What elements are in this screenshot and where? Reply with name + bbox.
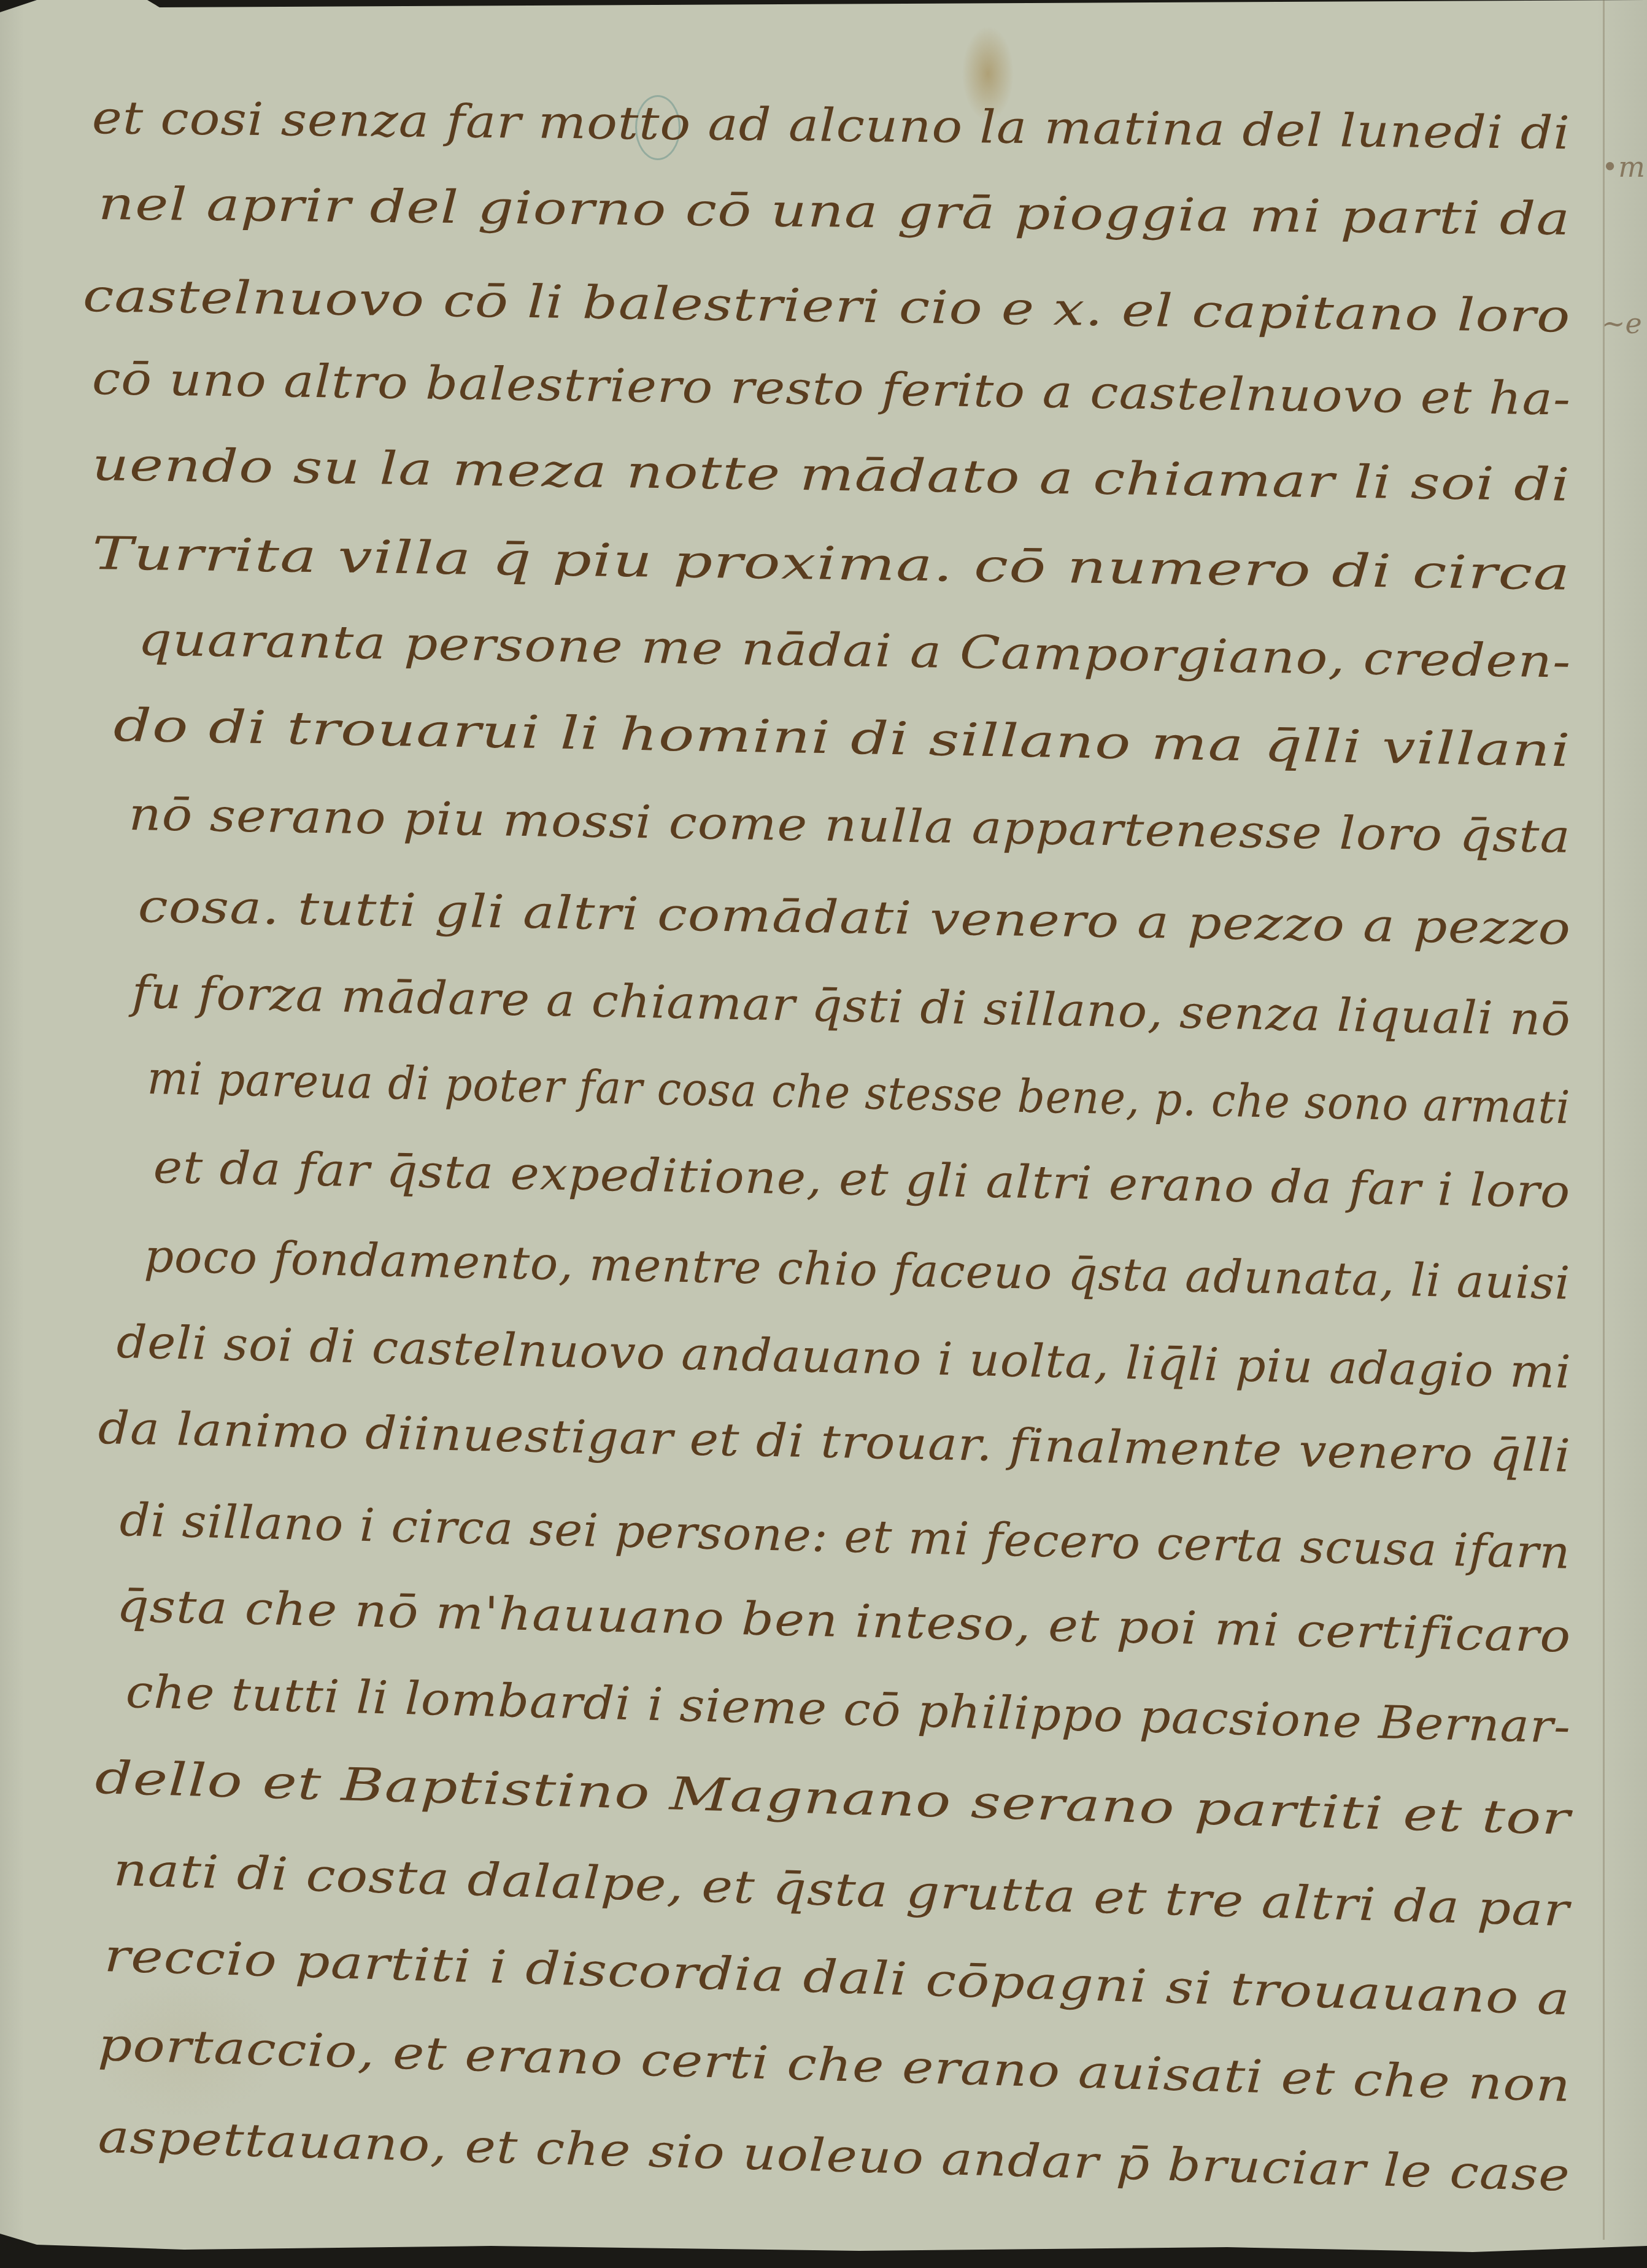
- manuscript-line: da lanimo diinuestigar et di trouar. fin…: [98, 1405, 1571, 1479]
- manuscript-line: deli soi di castelnuovo andauano i uolta…: [116, 1319, 1572, 1395]
- manuscript-line: cō uno altro balestriero resto ferito a …: [91, 356, 1571, 422]
- manuscript-line: et cosi senza far motto ad alcuno la mat…: [92, 95, 1571, 156]
- manuscript-line: dello et Baptistino Magnano serano parti…: [94, 1755, 1571, 1842]
- manuscript-line: Turrita villa q̄ piu proxima. cō numero …: [91, 531, 1570, 597]
- manuscript-line: quaranta persone me nādai a Camporgiano,…: [137, 617, 1572, 685]
- manuscript-line: che tutti li lombardi i sieme cō philipp…: [125, 1669, 1572, 1750]
- manuscript-line: reccio partiti i discordia dali cōpagni …: [104, 1933, 1571, 2022]
- manuscript-line: cosa. tutti gli altri comādati venero a …: [137, 884, 1571, 952]
- manuscript-line: nati di costa dalalpe, et q̄sta grutta e…: [113, 1847, 1570, 1933]
- manuscript-line: aspettauano, et che sio uoleuo andar p̄ …: [98, 2114, 1571, 2198]
- manuscript-line: q̄sta che nō m'hauuano ben inteso, et po…: [116, 1583, 1572, 1659]
- manuscript-line: di sillano i circa sei persone: et mi fe…: [119, 1497, 1571, 1576]
- manuscript-line: mi pareua di poter far cosa che stesse b…: [147, 1055, 1571, 1131]
- bleed-fragment: •m: [1602, 150, 1645, 183]
- manuscript-page: et cosi senza far motto ad alcuno la mat…: [0, 0, 1647, 2268]
- manuscript-line: nō serano piu mossi come nulla appartene…: [128, 792, 1571, 860]
- manuscript-line: poco fondamento, mentre chio faceuo q̄st…: [144, 1233, 1570, 1306]
- manuscript-line: uendo su la meza notte mādato a chiamar …: [91, 442, 1570, 508]
- manuscript-line: nel aprir del giorno cō una grā pioggia …: [98, 181, 1571, 242]
- manuscript-line: do di trouarui li homini di sillano ma q…: [113, 703, 1571, 773]
- manuscript-line: et da far q̄sta expeditione, et gli altr…: [153, 1144, 1571, 1214]
- bleed-fragment: ~e: [1602, 307, 1642, 340]
- manuscript-line: castelnuovo cō li balestrieri cio e x. e…: [82, 273, 1571, 339]
- manuscript-line: portaccio, et erano certi che erano auis…: [98, 2022, 1572, 2108]
- manuscript-line: fu forza mādare a chiamar q̄sti di silla…: [131, 970, 1571, 1043]
